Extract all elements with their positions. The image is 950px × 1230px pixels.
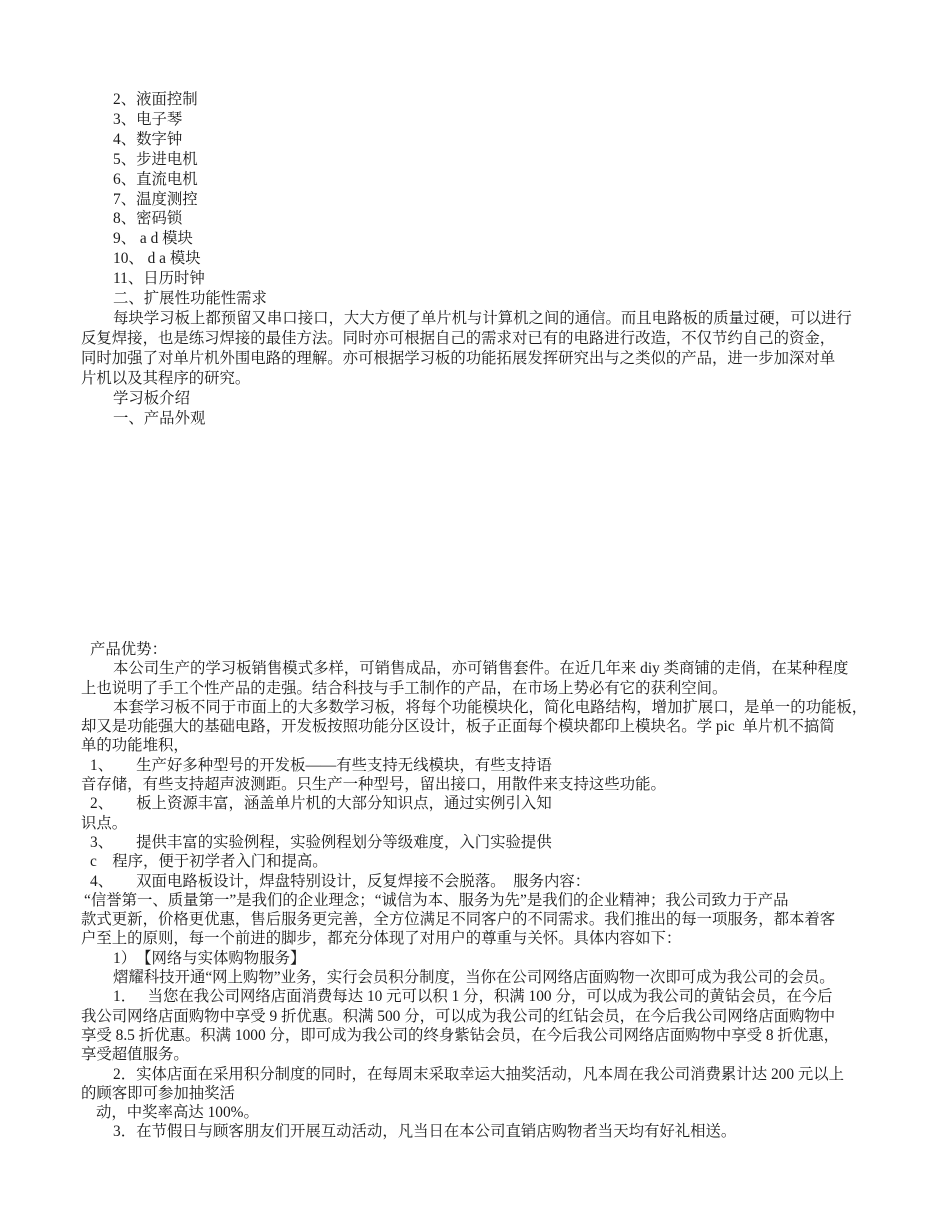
text-line: 产品优势： xyxy=(0,640,950,659)
text-line: 4、数字钟 xyxy=(0,130,950,150)
text-line: 的顾客即可参加抽奖活 xyxy=(0,1084,950,1103)
text-line: 8、密码锁 xyxy=(0,209,950,229)
text-line: 每块学习板上都预留又串口接口，大大方便了单片机与计算机之间的通信。而且电路板的质… xyxy=(0,309,950,329)
text-line: 1． 当您在我公司网络店面消费每达 10 元可以积 1 分，积满 100 分，可… xyxy=(0,987,950,1006)
text-line: 6、直流电机 xyxy=(0,170,950,190)
text-line: 2．实体店面在采用积分制度的同时，在每周末采取幸运大抽奖活动，凡本周在我公司消费… xyxy=(0,1065,950,1084)
text-line: 2、液面控制 xyxy=(0,90,950,110)
text-line: 3．在节假日与顾客朋友们开展互动活动，凡当日在本公司直销店购物者当天均有好礼相送… xyxy=(0,1122,950,1141)
text-line: 款式更新，价格更优惠，售后服务更完善，全方位满足不同客户的不同需求。我们推出的每… xyxy=(0,910,950,929)
text-line: 户至上的原则，每一个前进的脚步，都充分体现了对用户的尊重与关怀。具体内容如下： xyxy=(0,929,950,948)
text-line: 3、 提供丰富的实验例程，实验例程划分等级难度，入门实验提供 xyxy=(0,833,950,852)
text-line: 1、 生产好多种型号的开发板——有些支持无线模块，有些支持语 xyxy=(0,756,950,775)
text-line: 识点。 xyxy=(0,814,950,833)
text-line: 反复焊接，也是练习焊接的最佳方法。同时亦可根据自己的需求对已有的电路进行改造，不… xyxy=(0,329,950,349)
text-line: 5、步进电机 xyxy=(0,150,950,170)
text-line: 同时加强了对单片机外围电路的理解。亦可根据学习板的功能拓展发挥研究出与之类似的产… xyxy=(0,349,950,369)
text-line: 动，中奖率高达 100%。 xyxy=(0,1103,950,1122)
text-line: 本套学习板不同于市面上的大多数学习板，将每个功能模块化，简化电路结构，增加扩展口… xyxy=(0,698,950,717)
text-line: 享受超值服务。 xyxy=(0,1045,950,1064)
text-line: 享受 8.5 折优惠。积满 1000 分，即可成为我公司的终身紫钻会员，在今后我… xyxy=(0,1026,950,1045)
text-line: 10、 d a 模块 xyxy=(0,249,950,269)
text-line: “信誉第一、质量第一”是我们的企业理念；“诚信为本、服务为先”是我们的企业精神；… xyxy=(0,891,950,910)
module-list-and-expansion-requirements: 2、液面控制3、电子琴4、数字钟5、步进电机6、直流电机7、温度测控8、密码锁9… xyxy=(0,90,950,428)
text-line: 上也说明了手工个性产品的走强。结合科技与手工制作的产品，在市场上势必有它的获利空… xyxy=(0,679,950,698)
text-line: 本公司生产的学习板销售模式多样，可销售成品，亦可销售套件。在近几年来 diy 类… xyxy=(0,659,950,678)
document-page: 2、液面控制3、电子琴4、数字钟5、步进电机6、直流电机7、温度测控8、密码锁9… xyxy=(0,0,950,1230)
text-line: 我公司网络店面购物中享受 9 折优惠。积满 500 分，可以成为我公司的红钻会员… xyxy=(0,1007,950,1026)
product-advantages-and-service-content: 产品优势：本公司生产的学习板销售模式多样，可销售成品，亦可销售套件。在近几年来 … xyxy=(0,640,950,1142)
text-line: c 程序，便于初学者入门和提高。 xyxy=(0,852,950,871)
text-line: 9、 a d 模块 xyxy=(0,229,950,249)
text-line: 音存储，有些支持超声波测距。只生产一种型号，留出接口，用散件来支持这些功能。 xyxy=(0,775,950,794)
text-line: 1） 【网络与实体购物服务】 xyxy=(0,949,950,968)
text-line: 7、温度测控 xyxy=(0,190,950,210)
text-line: 4、 双面电路板设计，焊盘特别设计，反复焊接不会脱落。 服务内容： xyxy=(0,872,950,891)
text-line: 二、扩展性功能性需求 xyxy=(0,289,950,309)
text-line: 学习板介绍 xyxy=(0,389,950,409)
text-line: 熠耀科技开通“网上购物”业务，实行会员积分制度，当你在公司网络店面购物一次即可成… xyxy=(0,968,950,987)
text-line: 却又是功能强大的基础电路，开发板按照功能分区设计，板子正面每个模块都印上模块名。… xyxy=(0,717,950,736)
text-line: 11、日历时钟 xyxy=(0,269,950,289)
text-line: 片机以及其程序的研究。 xyxy=(0,369,950,389)
text-line: 2、 板上资源丰富，涵盖单片机的大部分知识点，通过实例引入知 xyxy=(0,794,950,813)
text-line: 3、电子琴 xyxy=(0,110,950,130)
text-line: 一、产品外观 xyxy=(0,409,950,429)
text-line: 单的功能堆积， xyxy=(0,736,950,755)
